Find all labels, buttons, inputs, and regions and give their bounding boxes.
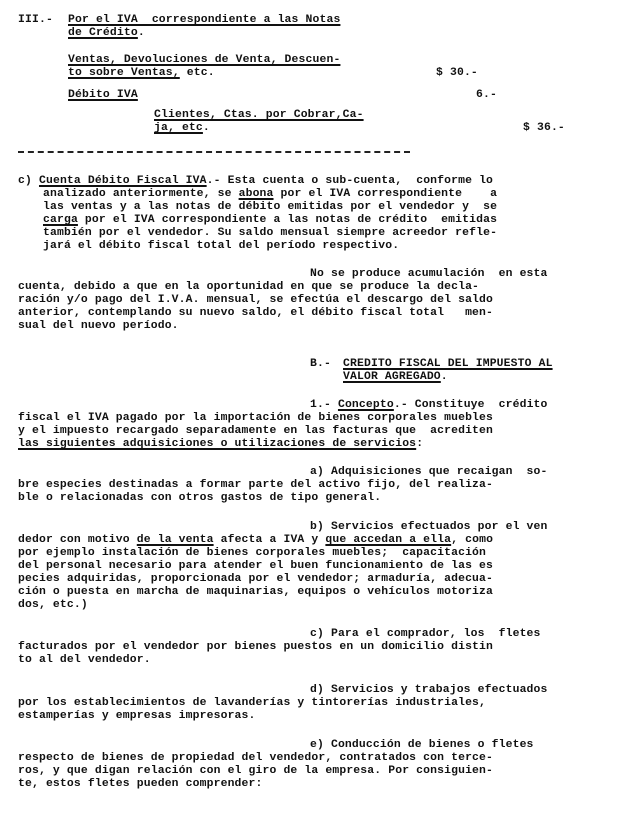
para-acumulacion-1: No se produce acumulación en esta <box>310 268 548 281</box>
section-c-title: Cuenta Débito Fiscal IVA <box>39 175 207 187</box>
item-d-3: estamperías y empresas impresoras. <box>18 710 256 723</box>
title-line: Por el IVA correspondiente a las Notas <box>68 14 340 26</box>
item-e-3: ros, y que digan relación con el giro de… <box>18 765 493 778</box>
section-c-line-1: c) Cuenta Débito Fiscal IVA.- Esta cuent… <box>18 175 493 188</box>
emphasis: de la venta <box>137 534 214 546</box>
separator-dashed <box>18 151 410 153</box>
item-a-2: bre especies destinadas a formar parte d… <box>18 479 493 492</box>
emphasis: carga <box>43 214 78 226</box>
item-c-2: facturados por el vendedor por bienes pu… <box>18 641 493 654</box>
section-c-line-4: carga por el IVA correspondiente a las n… <box>43 214 497 227</box>
emphasis: que accedan a ella <box>325 534 451 546</box>
item-b-1: b) Servicios efectuados por el ven <box>310 521 548 534</box>
punct: . <box>138 27 145 39</box>
item-c-1: c) Para el comprador, los fletes <box>310 628 541 641</box>
section-b-title-2: VALOR AGREGADO. <box>343 371 448 384</box>
section-c-line-6: jará el débito fiscal total del período … <box>43 240 399 253</box>
section-iii-title-2: de Crédito. <box>68 27 145 40</box>
punct: : <box>416 438 423 450</box>
text: analizado anteriormente, se <box>43 188 239 200</box>
entry-ventas: Ventas, Devoluciones de Venta, Descuen- <box>68 54 340 67</box>
para-acumulacion-2: cuenta, debido a que en la oportunidad e… <box>18 281 479 294</box>
item-b-6: ción o puesta en marcha de maquinarias, … <box>18 586 493 599</box>
item-c-3: to al del vendedor. <box>18 654 151 667</box>
item-e-1: e) Conducción de bienes o fletes <box>310 739 534 752</box>
item-a-1: a) Adquisiciones que recaigan so- <box>310 466 548 479</box>
concept-line-3: y el impuesto recargado separadamente en… <box>18 425 493 438</box>
item-b-2: dedor con motivo de la venta afecta a IV… <box>18 534 493 547</box>
emphasis: abona <box>239 188 274 200</box>
text: por el IVA correspondiente a <box>274 188 498 200</box>
concept-line-4: las siguientes adquisiciones o utilizaci… <box>18 438 423 451</box>
entry-ventas-2: to sobre Ventas, etc. <box>68 67 215 80</box>
punct: . <box>203 122 210 134</box>
concept-line-2: fiscal el IVA pagado por la importación … <box>18 412 493 425</box>
section-c-label: c) <box>18 175 32 187</box>
text: afecta a IVA y <box>214 534 326 546</box>
amount-debito-iva: 6.- <box>476 89 497 102</box>
item-b-5: pecies adquiridas, proporcionada por el … <box>18 573 493 586</box>
item-d-1: d) Servicios y trabajos efectuados <box>310 684 548 697</box>
item-d-2: por los establecimientos de lavanderías … <box>18 697 486 710</box>
text: , como <box>451 534 493 546</box>
heading: VALOR AGREGADO <box>343 371 441 383</box>
section-b-label: B.- <box>310 358 331 371</box>
entry-text: Ventas, Devoluciones de Venta, Descuen- <box>68 54 340 66</box>
text: 1.- <box>310 399 338 411</box>
text: .- Constituye crédito <box>394 399 548 411</box>
entry-text: to sobre Ventas, <box>68 67 180 79</box>
entry-debito-iva: Débito IVA <box>68 89 138 102</box>
item-e-2: respecto de bienes de propiedad del vend… <box>18 752 493 765</box>
section-iii-label: III.- <box>18 14 53 27</box>
para-acumulacion-4: anterior, contemplando su nuevo saldo, e… <box>18 307 493 320</box>
item-b-3: por ejemplo instalación de bienes corpor… <box>18 547 486 560</box>
entry-text: Clientes, Ctas. por Cobrar,Ca- <box>154 109 364 121</box>
heading: CREDITO FISCAL DEL IMPUESTO AL <box>343 358 553 370</box>
section-b-title: CREDITO FISCAL DEL IMPUESTO AL <box>343 358 553 371</box>
concept-line-1: 1.- Concepto.- Constituye crédito <box>310 399 548 412</box>
para-acumulacion-3: ración y/o pago del I.V.A. mensual, se e… <box>18 294 493 307</box>
concept-title: Concepto <box>338 399 394 411</box>
emphasis: las siguientes adquisiciones o utilizaci… <box>18 438 416 450</box>
section-iii-title: Por el IVA correspondiente a las Notas <box>68 14 340 27</box>
entry-text: Débito IVA <box>68 89 138 101</box>
punct: . <box>441 371 448 383</box>
amount-ventas: $ 30.- <box>436 67 478 80</box>
item-b-7: dos, etc.) <box>18 599 88 612</box>
text: .- Esta cuenta o sub-cuenta, conforme lo <box>207 175 493 187</box>
title-line: de Crédito <box>68 27 138 39</box>
section-c-line-2: analizado anteriormente, se abona por el… <box>43 188 497 201</box>
section-c-line-3: las ventas y a las notas de débito emiti… <box>43 201 497 214</box>
item-b-4: del personal necesario para atender el b… <box>18 560 493 573</box>
entry-clientes-2: ja, etc. <box>154 122 210 135</box>
text: dedor con motivo <box>18 534 137 546</box>
item-a-3: ble o relacionadas con otros gastos de t… <box>18 492 381 505</box>
para-acumulacion-5: sual del nuevo período. <box>18 320 179 333</box>
entry-text: etc. <box>180 67 215 79</box>
item-e-4: te, estos fletes pueden comprender: <box>18 778 263 791</box>
section-c-line-5: también por el vendedor. Su saldo mensua… <box>43 227 497 240</box>
entry-clientes: Clientes, Ctas. por Cobrar,Ca- <box>154 109 364 122</box>
entry-text: ja, etc <box>154 122 203 134</box>
text: por el IVA correspondiente a las notas d… <box>78 214 497 226</box>
amount-clientes: $ 36.- <box>523 122 565 135</box>
